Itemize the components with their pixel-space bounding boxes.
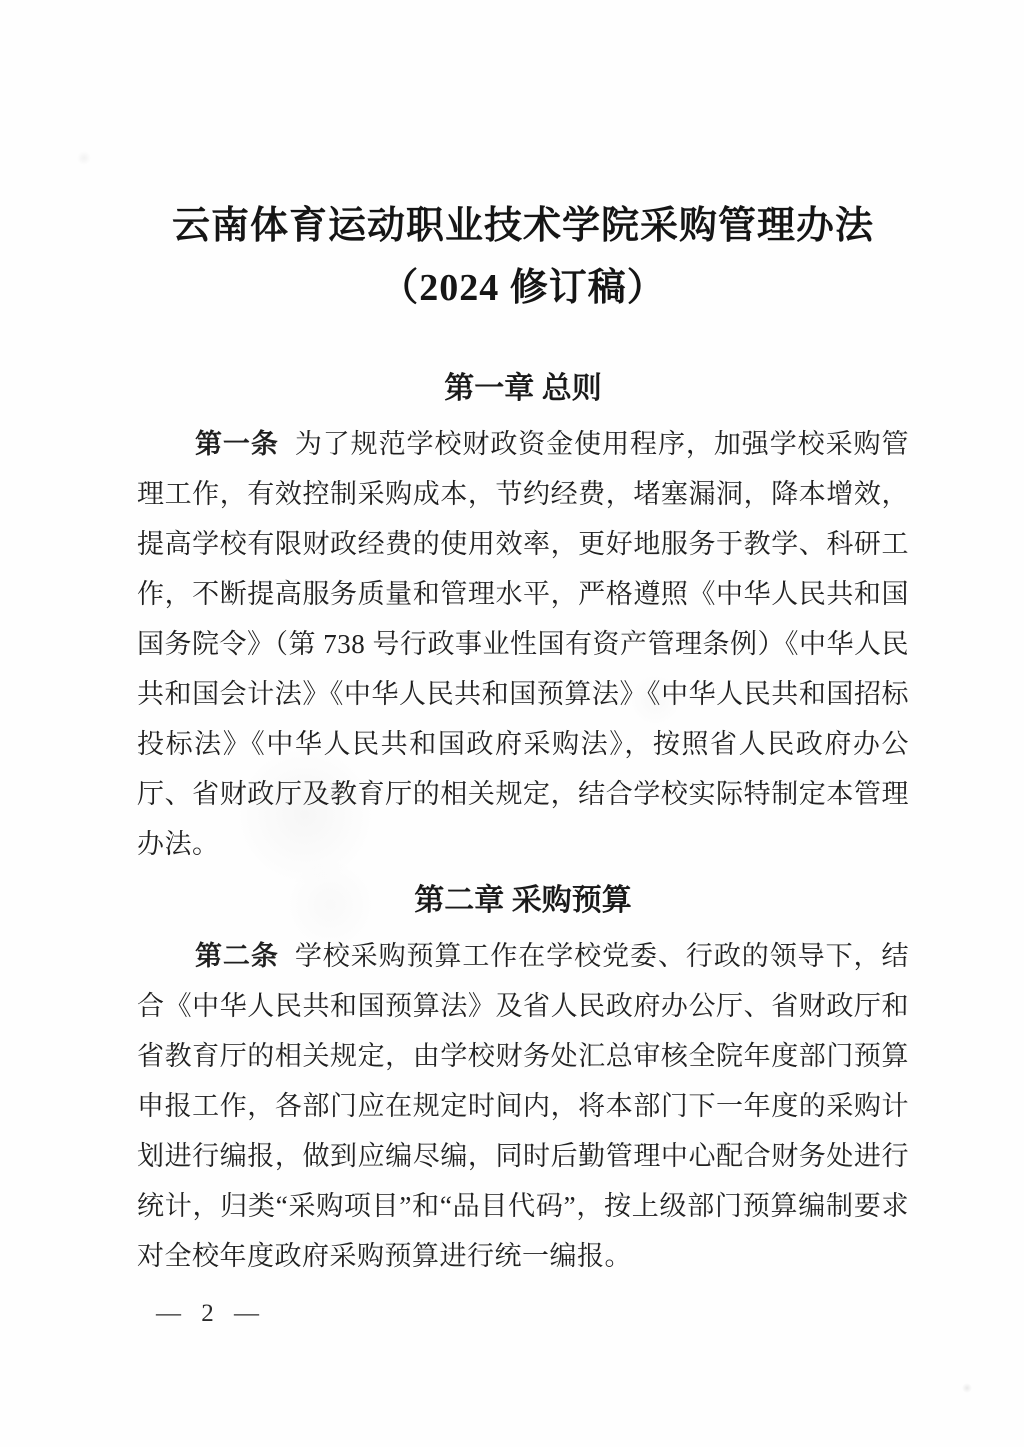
document-title: 云南体育运动职业技术学院采购管理办法 （2024 修订稿）: [137, 195, 909, 319]
article-1-number: 第一条: [195, 429, 279, 459]
title-line-2: （2024 修订稿）: [137, 257, 909, 319]
document-page: 云南体育运动职业技术学院采购管理办法 （2024 修订稿） 第一章 总则 第一条…: [0, 0, 1024, 1447]
title-line-1: 云南体育运动职业技术学院采购管理办法: [137, 195, 909, 257]
chapter-1-heading: 第一章 总则: [137, 369, 909, 409]
article-2-text: 学校采购预算工作在学校党委、行政的领导下，结合《中华人民共和国预算法》及省人民政…: [137, 941, 909, 1271]
page-number: — 2 —: [156, 1300, 261, 1328]
chapter-2-heading: 第二章 采购预算: [137, 881, 909, 921]
article-1-text: 为了规范学校财政资金使用程序，加强学校采购管理工作，有效控制采购成本，节约经费，…: [137, 429, 909, 859]
article-2: 第二条学校采购预算工作在学校党委、行政的领导下，结合《中华人民共和国预算法》及省…: [137, 931, 909, 1281]
article-1: 第一条为了规范学校财政资金使用程序，加强学校采购管理工作，有效控制采购成本，节约…: [137, 419, 909, 869]
document-content: 云南体育运动职业技术学院采购管理办法 （2024 修订稿） 第一章 总则 第一条…: [137, 0, 909, 1281]
article-2-number: 第二条: [195, 941, 279, 971]
